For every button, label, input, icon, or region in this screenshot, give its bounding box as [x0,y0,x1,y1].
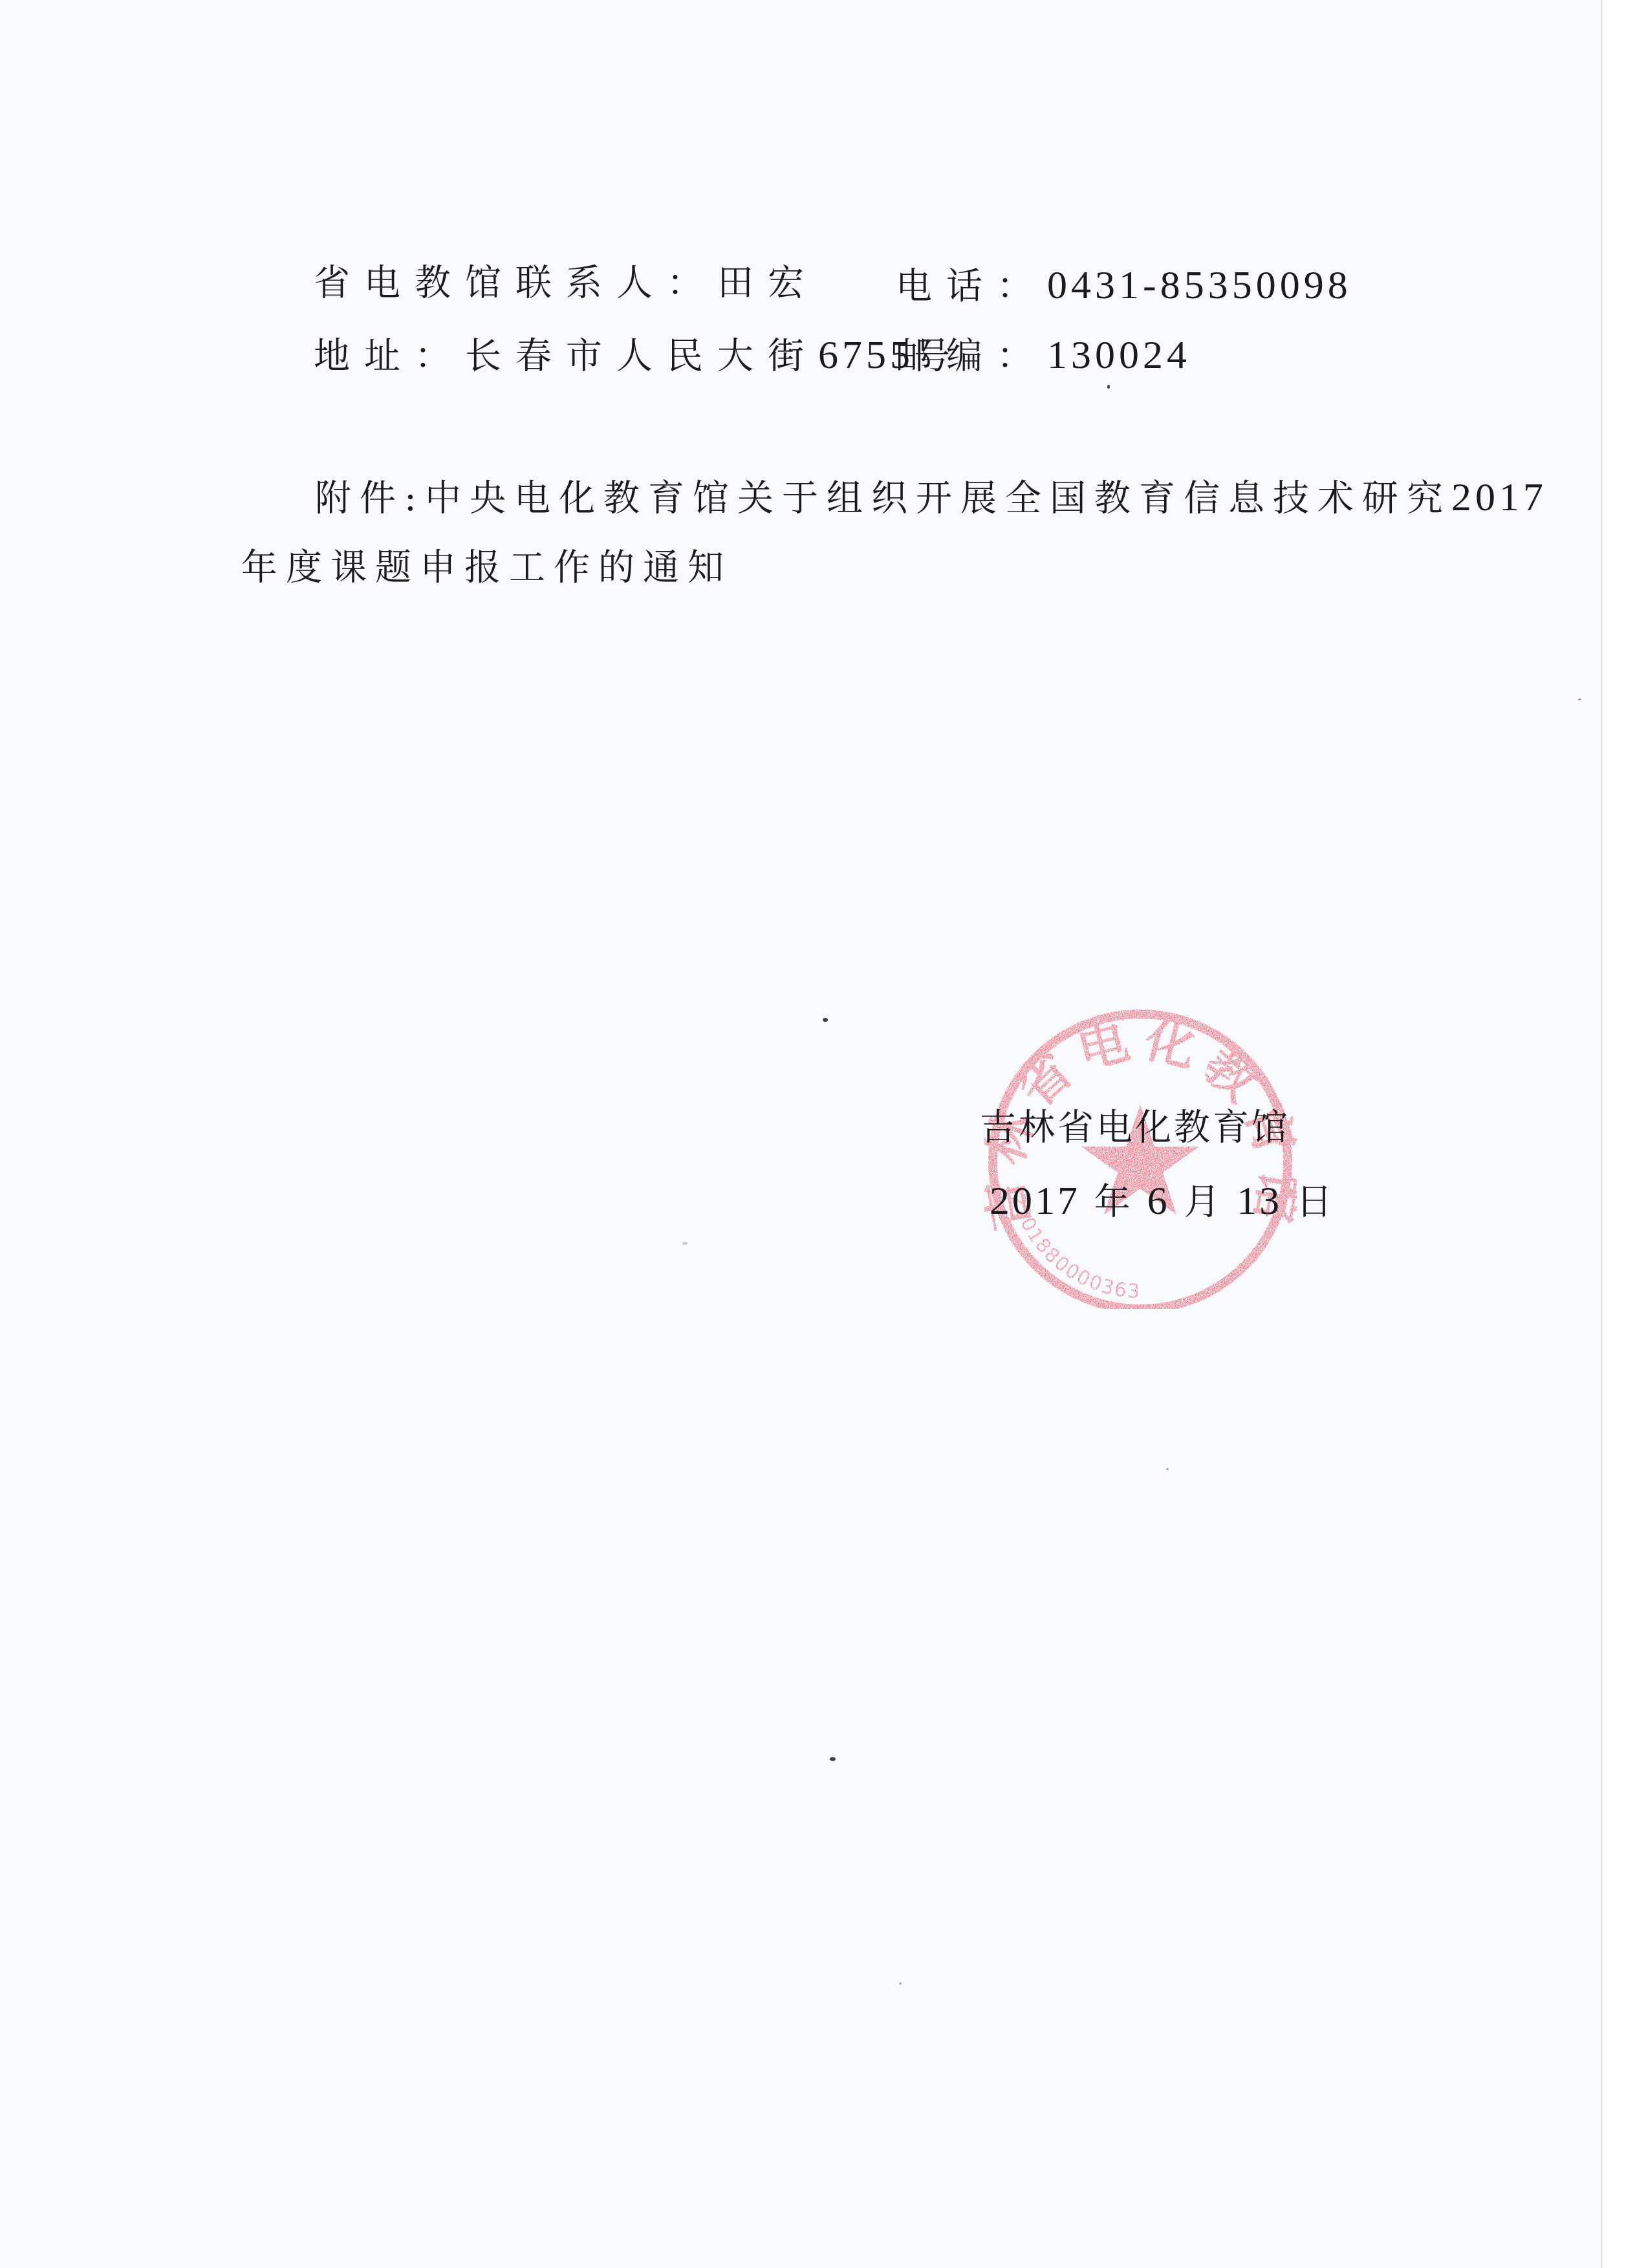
scan-speck [1578,698,1581,700]
contact-person-label: 省电教馆联系人： [314,262,717,304]
contact-person-name: 田宏 [717,262,818,304]
phone-label: 电话： [896,265,1047,307]
attachment-title-part2: 年度课题申报工作的通知 [241,546,732,589]
scan-speck [823,1018,828,1022]
date-day: 13 [1237,1179,1282,1223]
address: 地址：长春市人民大街6755号 [314,335,964,375]
date-day-unit: 日 [1296,1181,1335,1223]
attachment-title-part1: 中央电化教育馆关于组织开展全国教育信息技术研究 [425,477,1451,519]
signature-date: 2017 年 6 月 13 日 [990,1181,1335,1221]
postcode-value: 130024 [1047,333,1191,377]
attachment-line-1: 附件:中央电化教育馆关于组织开展全国教育信息技术研究2017 [315,477,1547,517]
scan-speck [1166,1468,1169,1470]
address-label: 地址： [314,335,465,377]
date-month-unit: 月 [1184,1181,1222,1223]
phone: 电话：0431-85350098 [896,265,1352,305]
organization-name: 吉林省电化教育馆 [980,1107,1290,1149]
scan-speck [682,1242,688,1245]
phone-value: 0431-85350098 [1047,263,1352,307]
date-year-unit: 年 [1094,1181,1133,1223]
postcode: 邮编：130024 [896,335,1191,375]
attachment-label: 附件: [315,477,425,519]
postcode-label: 邮编： [896,335,1047,377]
scan-speck [830,1757,836,1761]
scan-speck [1107,385,1110,389]
contact-person: 省电教馆联系人：田宏 [314,265,818,301]
address-street: 长春市人民大街 [465,335,818,377]
date-month: 6 [1147,1179,1170,1223]
date-year: 2017 [990,1179,1080,1223]
scan-speck [899,1982,902,1985]
attachment-line-2: 年度课题申报工作的通知 [241,550,732,586]
signature-organization: 吉林省电化教育馆 [980,1110,1290,1146]
attachment-year: 2017 [1451,475,1547,519]
official-seal: 吉林省电化教育馆 2201880000363 [984,1008,1297,1317]
